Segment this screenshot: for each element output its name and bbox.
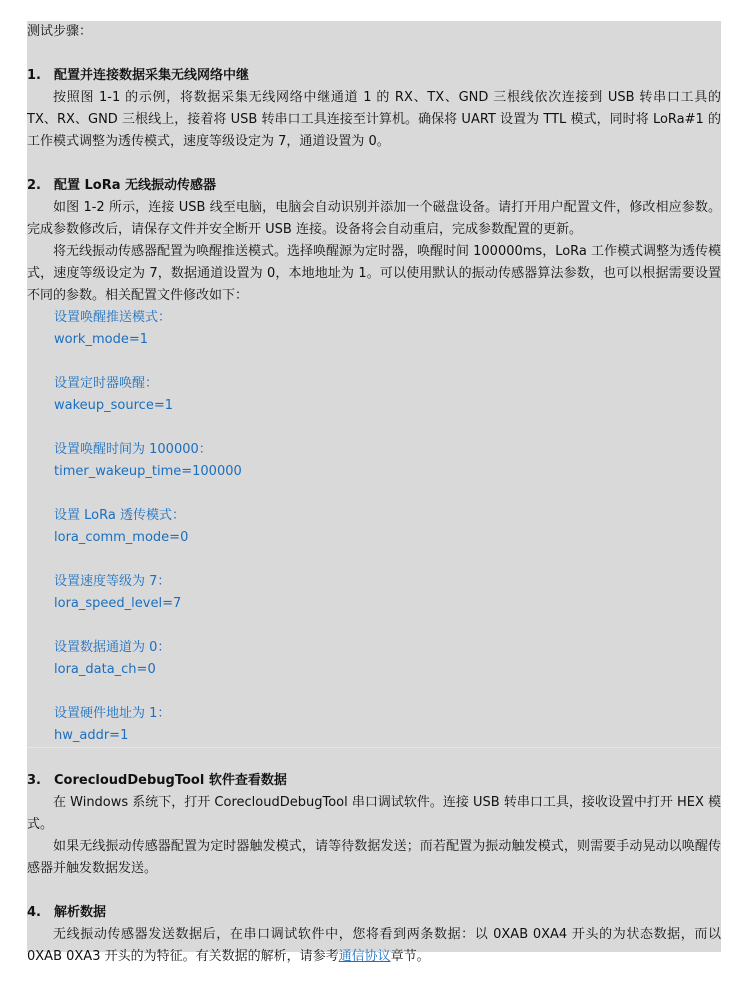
step-2-paragraph-2: 将无线振动传感器配置为唤醒推送模式。选择唤醒源为定时器，唤醒时间 100000m…	[27, 241, 721, 307]
config-comment: 设置 LoRa 透传模式：	[27, 505, 721, 527]
config-setting: hw_addr=1	[27, 725, 721, 747]
config-setting: work_mode=1	[27, 329, 721, 351]
config-comment: 设置唤醒时间为 100000：	[27, 439, 721, 461]
step-1-heading: 1.配置并连接数据采集无线网络中继	[27, 65, 721, 87]
step-title: CorecloudDebugTool 软件查看数据	[54, 773, 287, 788]
config-setting: lora_speed_level=7	[27, 593, 721, 615]
step-1-paragraph: 按照图 1-1 的示例，将数据采集无线网络中继通道 1 的 RX、TX、GND …	[27, 87, 721, 153]
step-4-paragraph: 无线振动传感器发送数据后，在串口调试软件中，您将看到两条数据：以 0XAB 0X…	[27, 924, 721, 968]
config-block: 设置唤醒推送模式： work_mode=1 设置定时器唤醒： wakeup_so…	[27, 307, 721, 747]
config-setting: wakeup_source=1	[27, 395, 721, 417]
config-comment: 设置硬件地址为 1：	[27, 703, 721, 725]
step-3-paragraph-1: 在 Windows 系统下，打开 CorecloudDebugTool 串口调试…	[27, 792, 721, 836]
config-comment: 设置唤醒推送模式：	[27, 307, 721, 329]
step-title: 配置 LoRa 无线振动传感器	[54, 178, 216, 193]
config-setting: lora_data_ch=0	[27, 659, 721, 681]
step-number: 2.	[27, 175, 54, 197]
step-2-paragraph-1: 如图 1-2 所示，连接 USB 线至电脑，电脑会自动识别并添加一个磁盘设备。请…	[27, 197, 721, 241]
intro-label: 测试步骤：	[27, 21, 721, 43]
step-3-paragraph-2: 如果无线振动传感器配置为定时器触发模式，请等待数据发送；而若配置为振动触发模式，…	[27, 836, 721, 880]
step-2-heading: 2.配置 LoRa 无线振动传感器	[27, 175, 721, 197]
step-4-heading: 4.解析数据	[27, 902, 721, 924]
config-setting: timer_wakeup_time=100000	[27, 461, 721, 483]
step-title: 解析数据	[54, 905, 106, 920]
step-number: 3.	[27, 770, 54, 792]
config-setting: lora_comm_mode=0	[27, 527, 721, 549]
config-comment: 设置定时器唤醒：	[27, 373, 721, 395]
step-number: 1.	[27, 65, 54, 87]
document-panel: 测试步骤： 1.配置并连接数据采集无线网络中继 按照图 1-1 的示例，将数据采…	[27, 21, 721, 952]
step-3-heading: 3.CorecloudDebugTool 软件查看数据	[27, 770, 721, 792]
step-title: 配置并连接数据采集无线网络中继	[54, 68, 249, 83]
protocol-link[interactable]: 通信协议	[339, 949, 391, 964]
config-comment: 设置数据通道为 0：	[27, 637, 721, 659]
step-number: 4.	[27, 902, 54, 924]
config-comment: 设置速度等级为 7：	[27, 571, 721, 593]
